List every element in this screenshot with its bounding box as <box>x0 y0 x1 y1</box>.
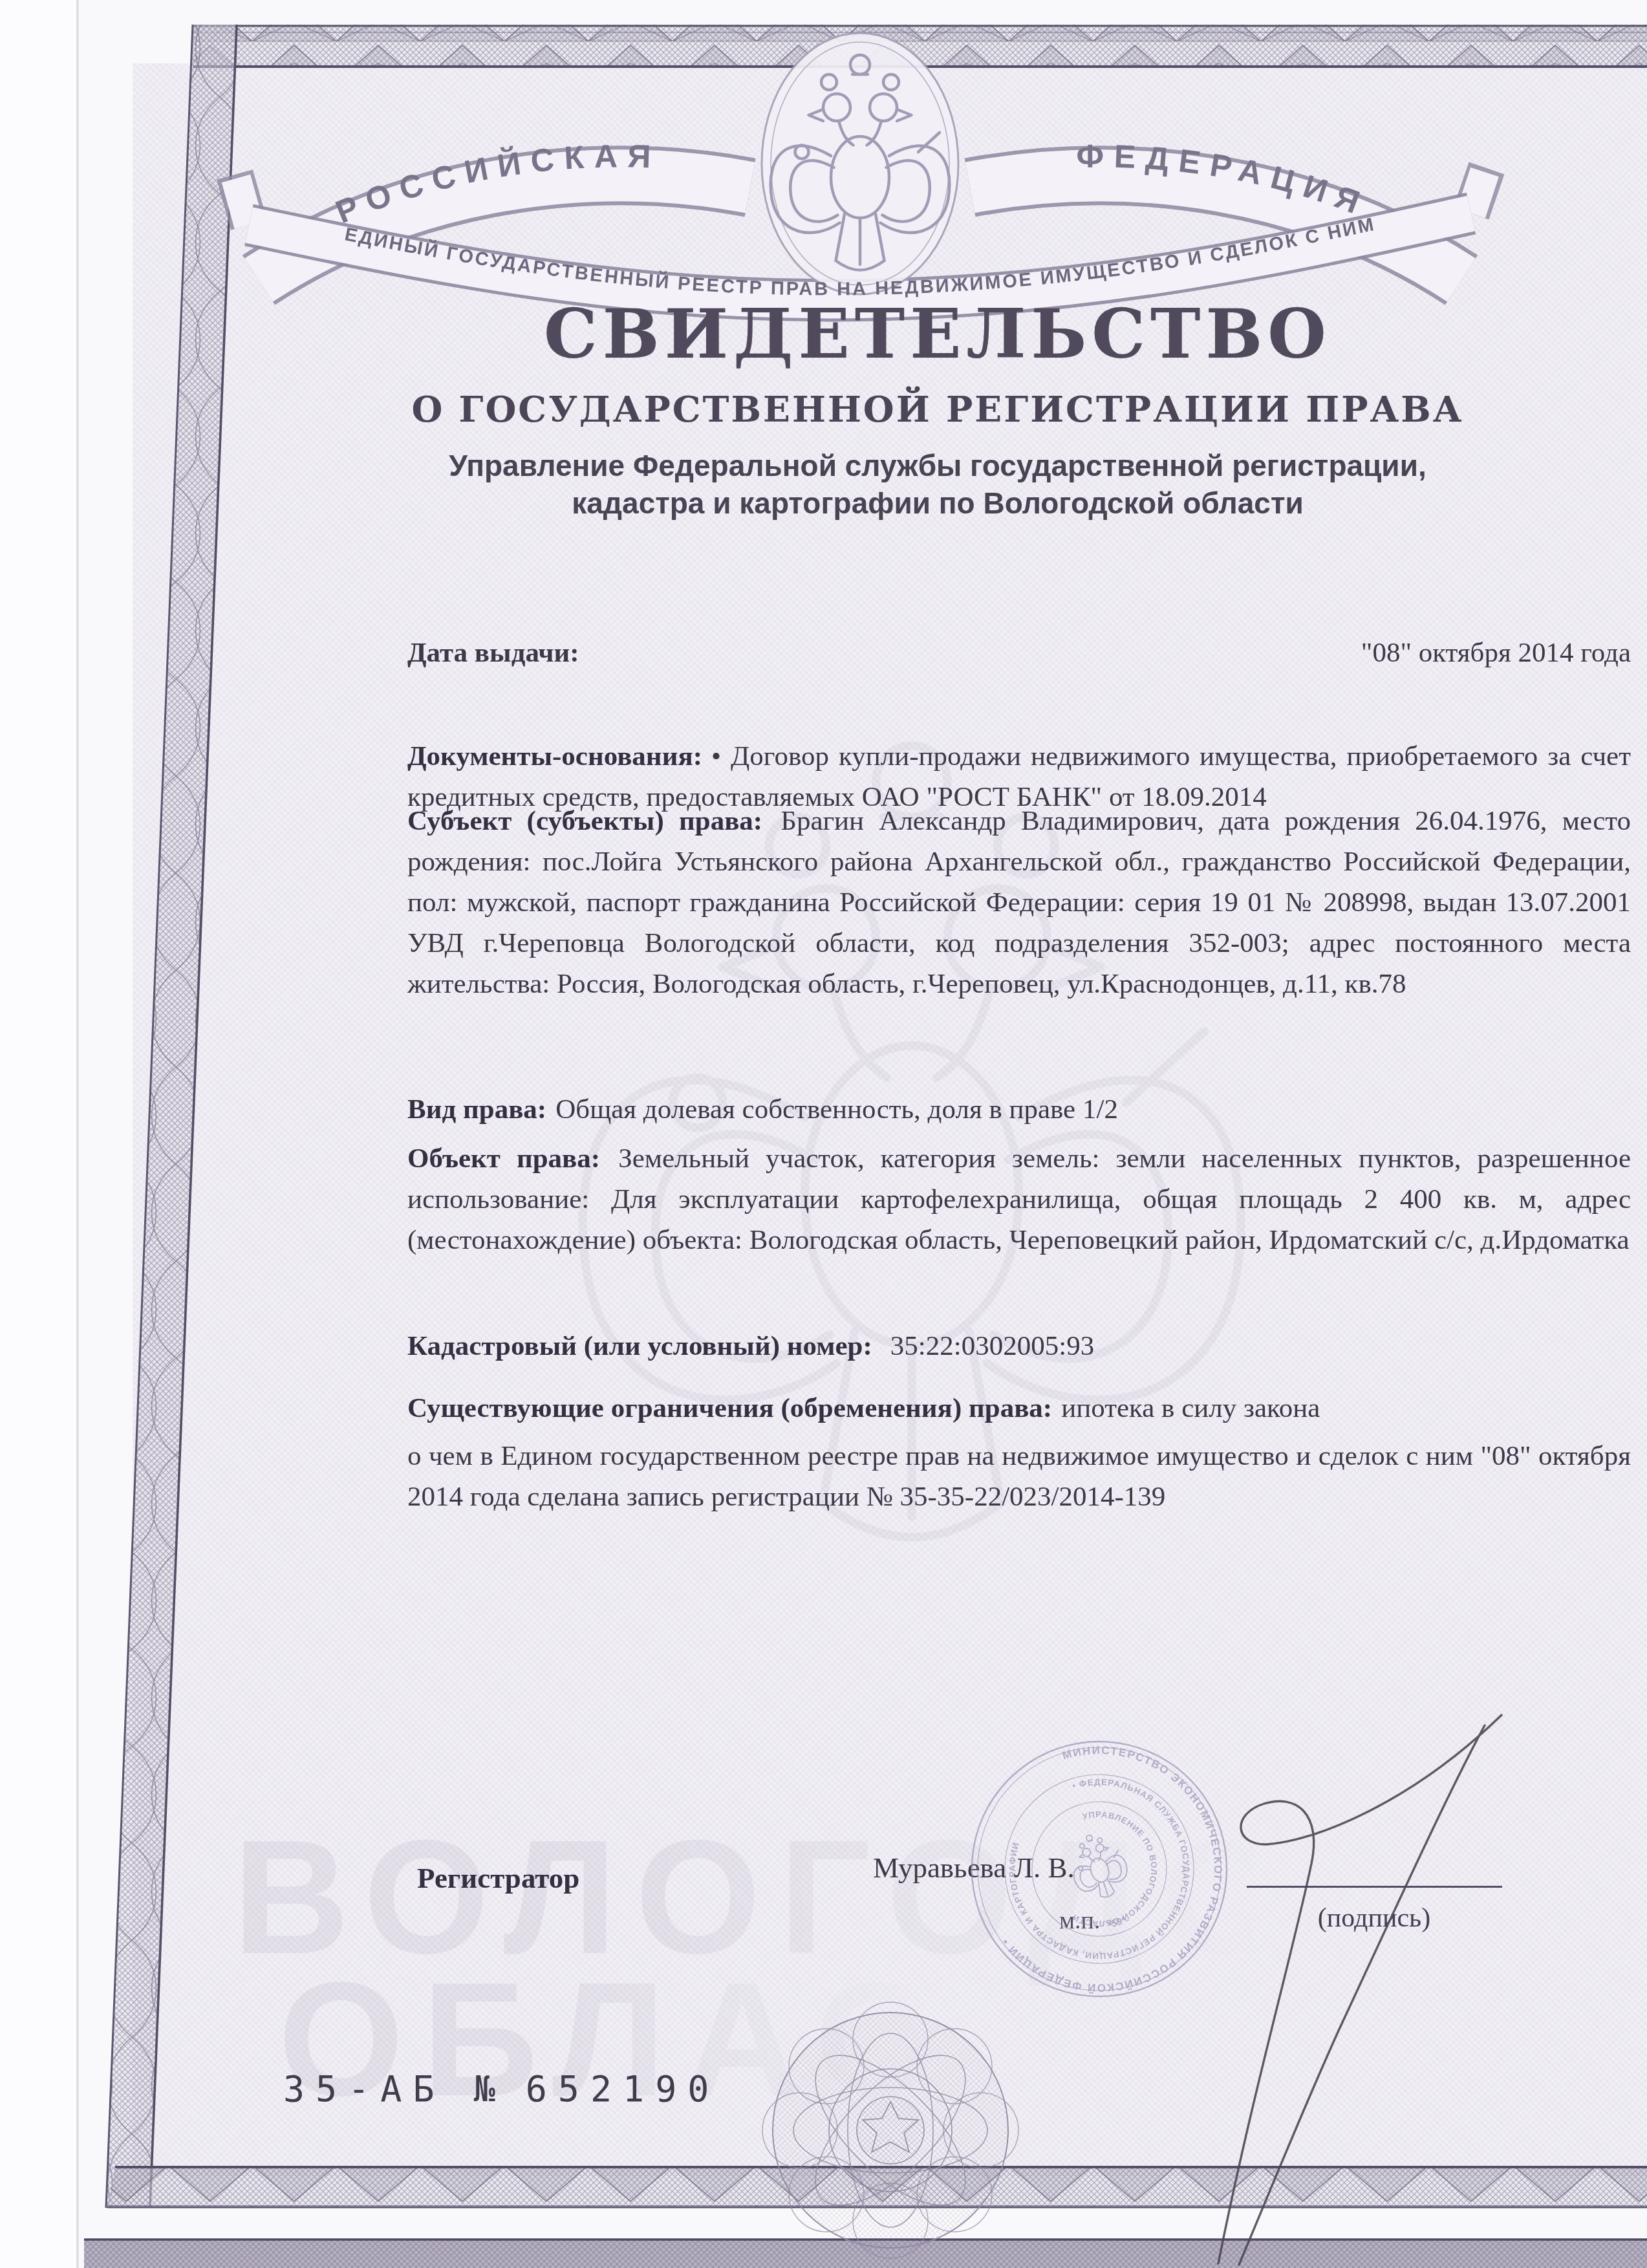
right-type-label: Вид права: <box>407 1094 546 1125</box>
encumbrance-value: ипотека в силу закона <box>1061 1393 1320 1423</box>
issue-date-value: "08" октября 2014 года <box>1361 637 1631 669</box>
certificate-subtitle: О ГОСУДАРСТВЕННОЙ РЕГИСТРАЦИИ ПРАВА <box>252 388 1623 430</box>
issue-date-label: Дата выдачи: <box>407 637 579 669</box>
guilloche-rosette <box>751 1993 1029 2268</box>
registration-record-note: о чем в Едином государственном реестре п… <box>407 1436 1631 1517</box>
serial-number-sign: № <box>474 2068 506 2110</box>
subject-label: Субъект (субъекты) права: <box>407 806 762 836</box>
issue-date-row: Дата выдачи: "08" октября 2014 года <box>407 637 1631 669</box>
scanner-margin <box>0 0 76 2268</box>
encumbrance-row: Существующие ограничения (обременения) п… <box>407 1388 1631 1429</box>
serial-series: 35-АБ <box>283 2068 446 2110</box>
cadastral-row: Кадастровый (или условный) номер:35:22:0… <box>407 1326 1631 1366</box>
page-edge-shadow <box>76 0 79 2268</box>
issuing-authority-line1: Управление Федеральной службы государств… <box>252 447 1623 484</box>
headings-block: СВИДЕТЕЛЬСТВО О ГОСУДАРСТВЕННОЙ РЕГИСТРА… <box>252 294 1623 522</box>
header-banner: РОССИЙСКАЯ ФЕДЕРАЦИЯ ЕДИНЫЙ ГОСУДАРСТВЕН… <box>213 25 1507 329</box>
serial-number: 652190 <box>526 2068 720 2110</box>
encumbrance-label: Существующие ограничения (обременения) п… <box>407 1393 1052 1423</box>
issuing-authority-line2: кадастра и картографии по Вологодской об… <box>252 484 1623 522</box>
issuing-authority: Управление Федеральной службы государств… <box>252 447 1623 522</box>
object-label: Объект права: <box>407 1143 600 1174</box>
cadastral-label: Кадастровый (или условный) номер: <box>407 1331 872 1361</box>
subject-paragraph: Субъект (субъекты) права:Брагин Александ… <box>407 801 1631 1004</box>
certificate-page: РОССИЙСКАЯ ФЕДЕРАЦИЯ ЕДИНЫЙ ГОСУДАРСТВЕН… <box>0 0 1647 2268</box>
right-type-row: Вид права:Общая долевая собственность, д… <box>407 1089 1631 1130</box>
registrar-label: Регистратор <box>417 1861 579 1895</box>
right-type-value: Общая долевая собственность, доля в прав… <box>555 1094 1118 1125</box>
handwritten-signature <box>1099 1681 1552 2268</box>
certificate-title: СВИДЕТЕЛЬСТВО <box>252 294 1623 374</box>
object-paragraph: Объект права:Земельный участок, категори… <box>407 1138 1631 1260</box>
basis-documents-label: Документы-основания: <box>407 741 702 772</box>
emblem-oval <box>762 33 958 294</box>
cadastral-value: 35:22:0302005:93 <box>890 1331 1094 1361</box>
blank-serial-number: 35-АБ№652190 <box>283 2068 720 2110</box>
